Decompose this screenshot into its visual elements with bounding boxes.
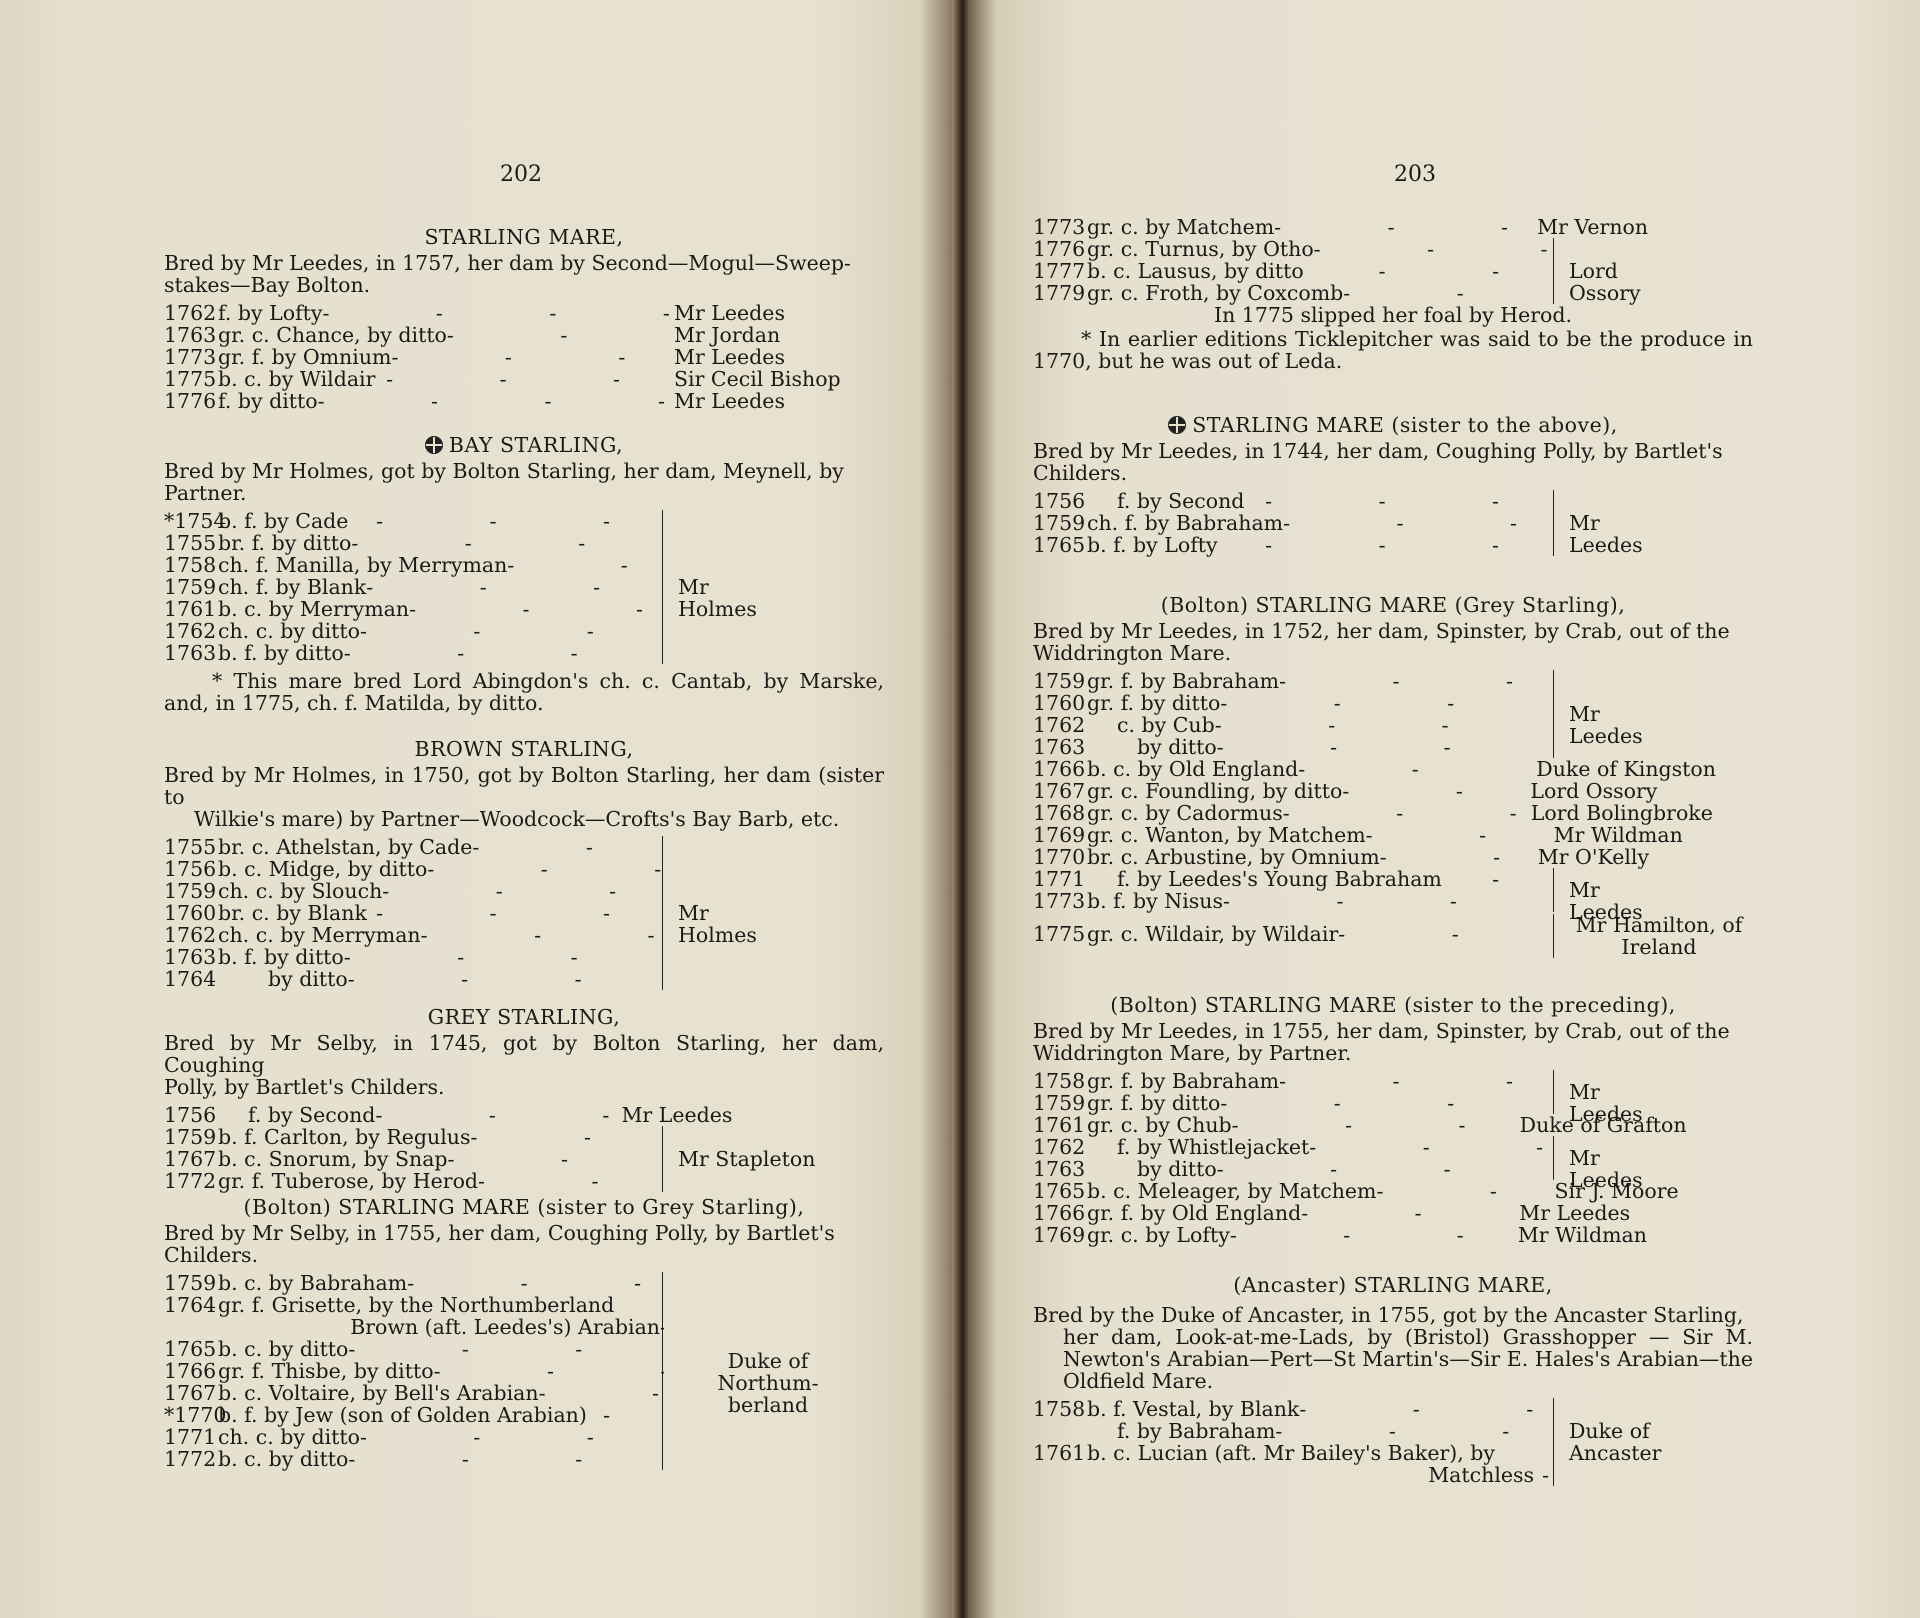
produce-row: 1758b. f. Vestal, by Blank- - - <box>1033 1398 1553 1420</box>
produce-row: 1759ch. f. by Babraham- - - <box>1033 512 1553 534</box>
produce-row: 1776gr. c. Turnus, by Otho- - - <box>1033 238 1553 260</box>
page-number: 203 <box>1394 162 1434 187</box>
entry-starling-mare: STARLING MARE, Bred by Mr Leedes, in 175… <box>164 208 884 412</box>
slipped-note: In 1775 slipped her foal by Herod. <box>1033 304 1753 326</box>
produce-row: 1762c. by Cub- - - - <box>1033 714 1553 736</box>
produce-row: 1777b. c. Lausus, by ditto- - <box>1033 260 1553 282</box>
breeding-note: Bred by Mr Holmes, got by Bolton Starlin… <box>164 460 884 504</box>
produce-row: 1759ch. c. by Slouch- - - - <box>164 880 664 902</box>
produce-row: 1761b. c. by Merryman- - - <box>164 598 664 620</box>
produce-row: 1779gr. c. Froth, by Coxcomb- - - <box>1033 282 1553 304</box>
produce-row: 1756f. by Second- - - <box>1033 490 1553 512</box>
produce-list: 1755br. c. Athelstan, by Cade- - - 1756b… <box>164 836 664 990</box>
produce-list: 1756f. by Second- - - 1759ch. f. by Babr… <box>1033 490 1553 556</box>
produce-row: 1755br. f. by ditto- - - - <box>164 532 664 554</box>
produce-row: 1763b. f. by ditto- - - - <box>164 946 664 968</box>
brace-icon <box>1553 914 1554 958</box>
produce-row: 1769gr. c. by Lofty- - -Mr Wildman <box>1033 1224 1753 1246</box>
produce-list: 1762f. by Lofty- - - -Mr Leedes 1763gr. … <box>164 302 884 412</box>
group-owner: Mr Stapleton <box>678 1148 815 1170</box>
breeding-note: Bred by Mr Leedes, in 1757, her dam by S… <box>164 252 884 296</box>
produce-row: 1763b. f. by ditto- - - - <box>164 642 664 664</box>
breeding-note: Bred by the Duke of Ancaster, in 1755, g… <box>1033 1304 1753 1392</box>
owner: Mr Hamilton, of Ireland <box>1569 914 1749 958</box>
entry-heading: GREY STARLING, <box>164 1006 884 1028</box>
brace-icon <box>1553 238 1554 304</box>
produce-row: 1775b. c. by Wildair- - -Sir Cecil Bisho… <box>164 368 884 390</box>
produce-row: 1767b. c. Voltaire, by Bell's Arabian- - <box>164 1382 664 1404</box>
produce-row: 1771ch. c. by ditto- - - - <box>164 1426 664 1448</box>
produce-list: 1759gr. f. by Babraham- - - 1760gr. f. b… <box>1033 670 1553 956</box>
produce-row: 1758gr. f. by Babraham- - - <box>1033 1070 1553 1092</box>
entry-grey-starling-mare: (Bolton) STARLING MARE (Grey Starling), … <box>1033 576 1753 956</box>
entry-heading: (Ancaster) STARLING MARE, <box>1033 1274 1753 1296</box>
breeding-note: Bred by Mr Leedes, in 1744, her dam, Cou… <box>1033 440 1753 484</box>
brace-icon <box>662 510 663 664</box>
brace-icon <box>1553 490 1554 556</box>
brace-icon <box>1553 670 1554 758</box>
produce-row: 1764by ditto- - - - <box>164 968 664 990</box>
group-owner: Mr Leedes <box>1569 512 1643 556</box>
left-page: 202 STARLING MARE, Bred by Mr Leedes, in… <box>0 0 958 1618</box>
produce-row: 1765b. f. by Lofty- - - <box>1033 534 1553 556</box>
continuation-entry: 1773gr. c. by Matchem- - -Mr Vernon 1776… <box>1033 216 1753 372</box>
entry-heading: STARLING MARE (sister to the above), <box>1033 414 1753 436</box>
entry-brown-starling: BROWN STARLING, Bred by Mr Holmes, in 17… <box>164 720 884 990</box>
produce-row: 1763by ditto- - - - <box>1033 1158 1553 1180</box>
group-owner: Mr Leedes <box>1569 1081 1643 1125</box>
footnote: * In earlier editions Ticklepitcher was … <box>1033 328 1753 372</box>
produce-row: 1769gr. c. Wanton, by Matchem- -Mr Wildm… <box>1033 824 1753 846</box>
produce-row: *1770b. f. by Jew (son of Golden Arabian… <box>164 1404 664 1426</box>
entry-heading: BROWN STARLING, <box>164 738 884 760</box>
entry-heading: (Bolton) STARLING MARE (sister to Grey S… <box>164 1196 884 1218</box>
entry-grey-starling: GREY STARLING, Bred by Mr Selby, in 1745… <box>164 988 884 1192</box>
produce-row: 1772b. c. by ditto- - - - <box>164 1448 664 1470</box>
produce-row: 1768gr. c. by Cadormus- - -Lord Bolingbr… <box>1033 802 1753 824</box>
produce-row: 1756f. by Second- - -Mr Leedes <box>164 1104 884 1126</box>
entry-bolton-starling-mare: (Bolton) STARLING MARE (sister to Grey S… <box>164 1178 884 1470</box>
produce-row: 1767b. c. Snorum, by Snap- - - <box>164 1148 664 1170</box>
produce-row: 1761gr. c. by Chub- - - -Duke of Grafton <box>1033 1114 1753 1136</box>
brace-icon <box>1553 868 1554 912</box>
produce-row: 1758ch. f. Manilla, by Merryman- - <box>164 554 664 576</box>
produce-row: Matchless- <box>1033 1464 1553 1486</box>
produce-row: 1760br. c. by Blank- - - <box>164 902 664 924</box>
produce-list: 1758gr. f. by Babraham- - - 1759gr. f. b… <box>1033 1070 1553 1246</box>
entry-heading: (Bolton) STARLING MARE (sister to the pr… <box>1033 994 1753 1016</box>
breeding-note: Bred by Mr Selby, in 1745, got by Bolton… <box>164 1032 884 1098</box>
page-number: 202 <box>500 162 540 187</box>
produce-row: 1762ch. c. by ditto- - - - <box>164 620 664 642</box>
brace-icon <box>662 836 663 990</box>
produce-row: 1773gr. c. by Matchem- - -Mr Vernon <box>1033 216 1753 238</box>
produce-row: 1776f. by ditto- - - -Mr Leedes <box>164 390 884 412</box>
entry-starling-mare-sister: STARLING MARE (sister to the above), Bre… <box>1033 396 1753 556</box>
right-page: 203 1773gr. c. by Matchem- - -Mr Vernon … <box>968 0 1920 1618</box>
group-owner: Mr Holmes <box>678 902 757 946</box>
produce-row: 1759b. f. Carlton, by Regulus- - - <box>164 1126 664 1148</box>
produce-row: 1773b. f. by Nisus- - - - <box>1033 890 1553 912</box>
group-owner: Duke of Ancaster <box>1569 1420 1661 1464</box>
entry-ancaster-starling-mare: (Ancaster) STARLING MARE, Bred by the Du… <box>1033 1256 1753 1486</box>
brace-icon <box>662 1272 663 1470</box>
entry-starling-mare-sister-preceding: (Bolton) STARLING MARE (sister to the pr… <box>1033 976 1753 1246</box>
produce-row: 1766gr. f. Thisbe, by ditto- - - <box>164 1360 664 1382</box>
entry-heading: BAY STARLING, <box>164 434 884 456</box>
produce-list: *1754b. f. by Cade- - - 1755br. f. by di… <box>164 510 664 664</box>
produce-row: 1763by ditto- - - - <box>1033 736 1553 758</box>
group-owner: Duke of Northum- berland <box>678 1350 858 1416</box>
produce-row: *1754b. f. by Cade- - - <box>164 510 664 532</box>
produce-row: 1766b. c. by Old England- - -Duke of Kin… <box>1033 758 1753 780</box>
produce-row: 1762f. by Whistlejacket- - - <box>1033 1136 1553 1158</box>
produce-row: 1755br. c. Athelstan, by Cade- - - <box>164 836 664 858</box>
produce-row: 1759gr. f. by Babraham- - - <box>1033 670 1553 692</box>
produce-row: 1764gr. f. Grisette, by the Northumberla… <box>164 1294 664 1316</box>
produce-row: 1761b. c. Lucian (aft. Mr Bailey's Baker… <box>1033 1442 1553 1464</box>
produce-list: 1773gr. c. by Matchem- - -Mr Vernon 1776… <box>1033 216 1553 304</box>
produce-row: 1759ch. f. by Blank- - - - <box>164 576 664 598</box>
breeding-note: Bred by Mr Selby, in 1755, her dam, Coug… <box>164 1222 884 1266</box>
produce-row: 1762f. by Lofty- - - -Mr Leedes <box>164 302 884 324</box>
produce-row: Brown (aft. Leedes's) Arabian- <box>164 1316 664 1338</box>
brace-icon <box>1553 1136 1554 1180</box>
group-owner: Mr Leedes <box>1569 703 1643 747</box>
cross-circle-icon <box>425 436 443 454</box>
produce-row: 1775gr. c. Wildair, by Wildair- - - <box>1033 912 1553 956</box>
breeding-note: Bred by Mr Leedes, in 1755, her dam, Spi… <box>1033 1020 1753 1064</box>
breeding-note: Bred by Mr Leedes, in 1752, her dam, Spi… <box>1033 620 1753 664</box>
produce-row: 1765b. c. by ditto- - - - <box>164 1338 664 1360</box>
produce-row: 1759b. c. by Babraham- - - - <box>164 1272 664 1294</box>
entry-bay-starling: BAY STARLING, Bred by Mr Holmes, got by … <box>164 416 884 714</box>
group-owner: Lord Ossory <box>1569 260 1641 304</box>
group-owner: Mr Leedes <box>1569 1147 1643 1191</box>
produce-row: 1762ch. c. by Merryman- - - <box>164 924 664 946</box>
produce-row: 1759gr. f. by ditto- - - - <box>1033 1092 1553 1114</box>
group-owner: Mr Holmes <box>678 576 757 620</box>
produce-row: 1766gr. f. by Old England- - -Mr Leedes <box>1033 1202 1753 1224</box>
footnote: * This mare bred Lord Abingdon's ch. c. … <box>164 670 884 714</box>
produce-row: f. by Babraham- - - - <box>1033 1420 1553 1442</box>
produce-row: 1765b. c. Meleager, by Matchem- -Sir J. … <box>1033 1180 1753 1202</box>
breeding-note: Bred by Mr Holmes, in 1750, got by Bolto… <box>164 764 884 830</box>
produce-row: 1767gr. c. Foundling, by ditto- -Lord Os… <box>1033 780 1753 802</box>
produce-row: 1763gr. c. Chance, by ditto- - -Mr Jorda… <box>164 324 884 346</box>
produce-row: 1773gr. f. by Omnium- - - -Mr Leedes <box>164 346 884 368</box>
cross-circle-icon <box>1168 416 1186 434</box>
produce-row: 1770br. c. Arbustine, by Omnium- -Mr O'K… <box>1033 846 1753 868</box>
produce-row: 1760gr. f. by ditto- - - - <box>1033 692 1553 714</box>
entry-heading: (Bolton) STARLING MARE (Grey Starling), <box>1033 594 1753 616</box>
produce-list: 1759b. c. by Babraham- - - - 1764gr. f. … <box>164 1272 664 1470</box>
brace-icon <box>1553 1398 1554 1486</box>
produce-row: 1756b. c. Midge, by ditto- - - <box>164 858 664 880</box>
produce-row: 1771f. by Leedes's Young Babraham- <box>1033 868 1553 890</box>
entry-heading: STARLING MARE, <box>164 226 884 248</box>
produce-list: 1758b. f. Vestal, by Blank- - - f. by Ba… <box>1033 1398 1553 1486</box>
brace-icon <box>1553 1070 1554 1114</box>
